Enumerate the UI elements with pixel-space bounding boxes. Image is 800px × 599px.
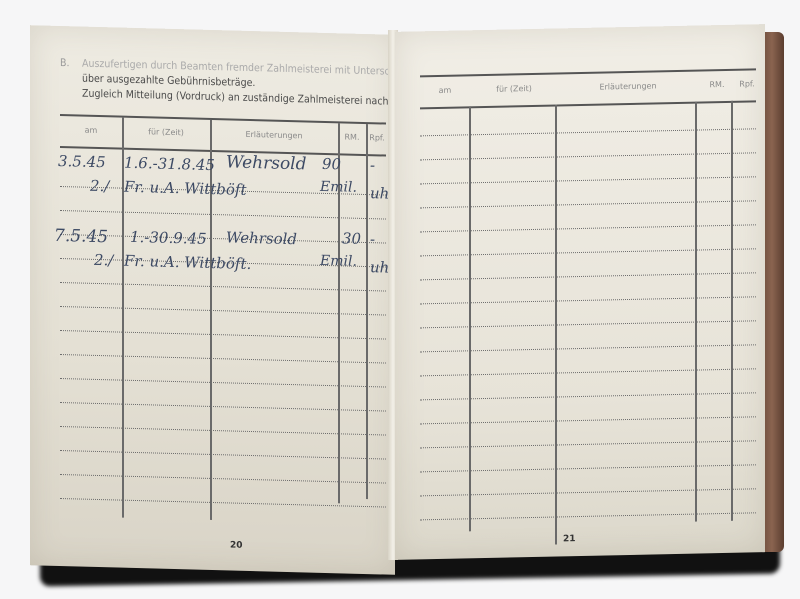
column-divider <box>366 124 368 499</box>
entry-rpf: uh <box>370 258 389 277</box>
entry-rm: 30 <box>342 229 361 247</box>
col-fuer-zeit: für (Zeit) <box>122 127 210 138</box>
entry-am: 3.5.45 <box>58 152 106 171</box>
col-am: am <box>60 125 122 136</box>
column-divider <box>469 106 471 531</box>
entry-fuer-zeit: Fr. u.A. Wittböft <box>124 178 246 199</box>
col-am: am <box>420 85 470 95</box>
entry-fuer-zeit: Fr. u.A. Wittböft. <box>124 252 251 273</box>
entry-rm: 90 <box>322 155 341 173</box>
col-erlaeuterungen: Erläuterungen <box>210 129 338 141</box>
col-rm: RM. <box>338 132 366 142</box>
right-page: am für (Zeit) Erläuterungen RM. Rpf. 21 <box>395 24 765 560</box>
col-rpf: Rpf. <box>736 79 758 88</box>
column-divider <box>731 101 733 521</box>
col-erlaeuterungen: Erläuterungen <box>558 81 698 93</box>
entry-fuer-zeit: 1.6.-31.8.45 <box>124 154 215 174</box>
entry-am: 2./ <box>90 177 109 196</box>
entry-rm: Emil. <box>320 179 357 196</box>
entry-rm: Emil. <box>320 253 357 270</box>
entry-rpf: - <box>370 156 375 174</box>
column-divider <box>695 102 697 522</box>
entry-am: 2./ <box>94 251 113 270</box>
entry-rpf: uh <box>370 184 389 203</box>
entry-fuer-zeit: 1.-30.9.45 <box>130 228 207 248</box>
entry-erlaeuterungen: Wehrsold <box>226 228 297 248</box>
col-rpf: Rpf. <box>366 133 388 143</box>
section-label: B. <box>60 56 69 71</box>
table-header: am für (Zeit) Erläuterungen RM. Rpf. <box>420 68 756 109</box>
instructions-block: B. Auszufertigen durch Beamten fremder Z… <box>60 56 390 110</box>
entry-rpf: - <box>370 230 375 248</box>
page-number: 20 <box>230 540 243 550</box>
page-number: 21 <box>563 534 576 544</box>
col-fuer-zeit: für (Zeit) <box>470 83 558 94</box>
left-page: B. Auszufertigen durch Beamten fremder Z… <box>30 25 395 575</box>
entry-erlaeuterungen: Wehrsold <box>226 152 307 174</box>
entry-am: 7.5.45 <box>54 226 108 247</box>
col-rm: RM. <box>698 80 736 90</box>
